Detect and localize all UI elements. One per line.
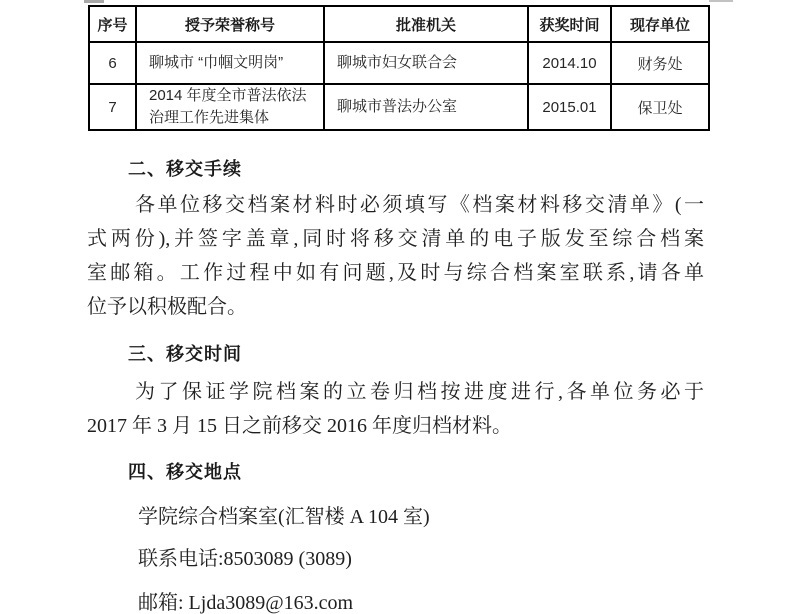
honor-table: 序号 授予荣誉称号 批准机关 获奖时间 现存单位 6 聊城市 “巾帼文明岗” 聊… [88,5,710,131]
cell-date: 2015.01 [528,84,611,130]
paragraph-procedures: 各单位移交档案材料时必须填写《档案材料移交清单》(一 式两份),并签字盖章,同时… [87,188,704,324]
document-page: 序号 授予荣誉称号 批准机关 获奖时间 现存单位 6 聊城市 “巾帼文明岗” 聊… [0,0,789,614]
paragraph-line: 室邮箱。工作过程中如有问题,及时与综合档案室联系,请各单 [87,256,704,290]
paragraph-line: 为了保证学院档案的立卷归档按进度进行,各单位务必于 [87,375,704,409]
cell-unit: 财务处 [611,42,709,84]
header-date: 获奖时间 [528,6,611,42]
section-heading-time: 三、移交时间 [128,340,242,366]
paragraph-line: 位予以积极配合。 [87,290,704,324]
cell-authority: 聊城市普法办公室 [324,84,528,130]
cell-title: 聊城市 “巾帼文明岗” [136,42,324,84]
header-title: 授予荣誉称号 [136,6,324,42]
email-line: 邮箱: Ljda3089@163.com [138,586,353,614]
section-heading-location: 四、移交地点 [128,458,242,484]
cell-title: 2014 年度全市普法依法治理工作先进集体 [136,84,324,130]
header-authority: 批准机关 [324,6,528,42]
cell-date: 2014.10 [528,42,611,84]
cell-no: 6 [89,42,136,84]
scan-artifact-left [84,0,104,3]
cell-authority: 聊城市妇女联合会 [324,42,528,84]
phone-line: 联系电话:8503089 (3089) [138,542,352,571]
table-row: 7 2014 年度全市普法依法治理工作先进集体 聊城市普法办公室 2015.01… [89,84,709,130]
section-heading-procedures: 二、移交手续 [128,155,242,181]
header-unit: 现存单位 [611,6,709,42]
table-row: 6 聊城市 “巾帼文明岗” 聊城市妇女联合会 2014.10 财务处 [89,42,709,84]
table-header-row: 序号 授予荣誉称号 批准机关 获奖时间 现存单位 [89,6,709,42]
paragraph-line: 2017 年 3 月 15 日之前移交 2016 年度归档材料。 [87,409,704,443]
location-line: 学院综合档案室(汇智楼 A 104 室) [138,500,430,529]
header-no: 序号 [89,6,136,42]
scan-artifact-right [709,0,733,2]
paragraph-time: 为了保证学院档案的立卷归档按进度进行,各单位务必于 2017 年 3 月 15 … [87,375,704,443]
paragraph-line: 式两份),并签字盖章,同时将移交清单的电子版发至综合档案 [87,222,704,256]
cell-unit: 保卫处 [611,84,709,130]
cell-no: 7 [89,84,136,130]
paragraph-line: 各单位移交档案材料时必须填写《档案材料移交清单》(一 [87,188,704,222]
